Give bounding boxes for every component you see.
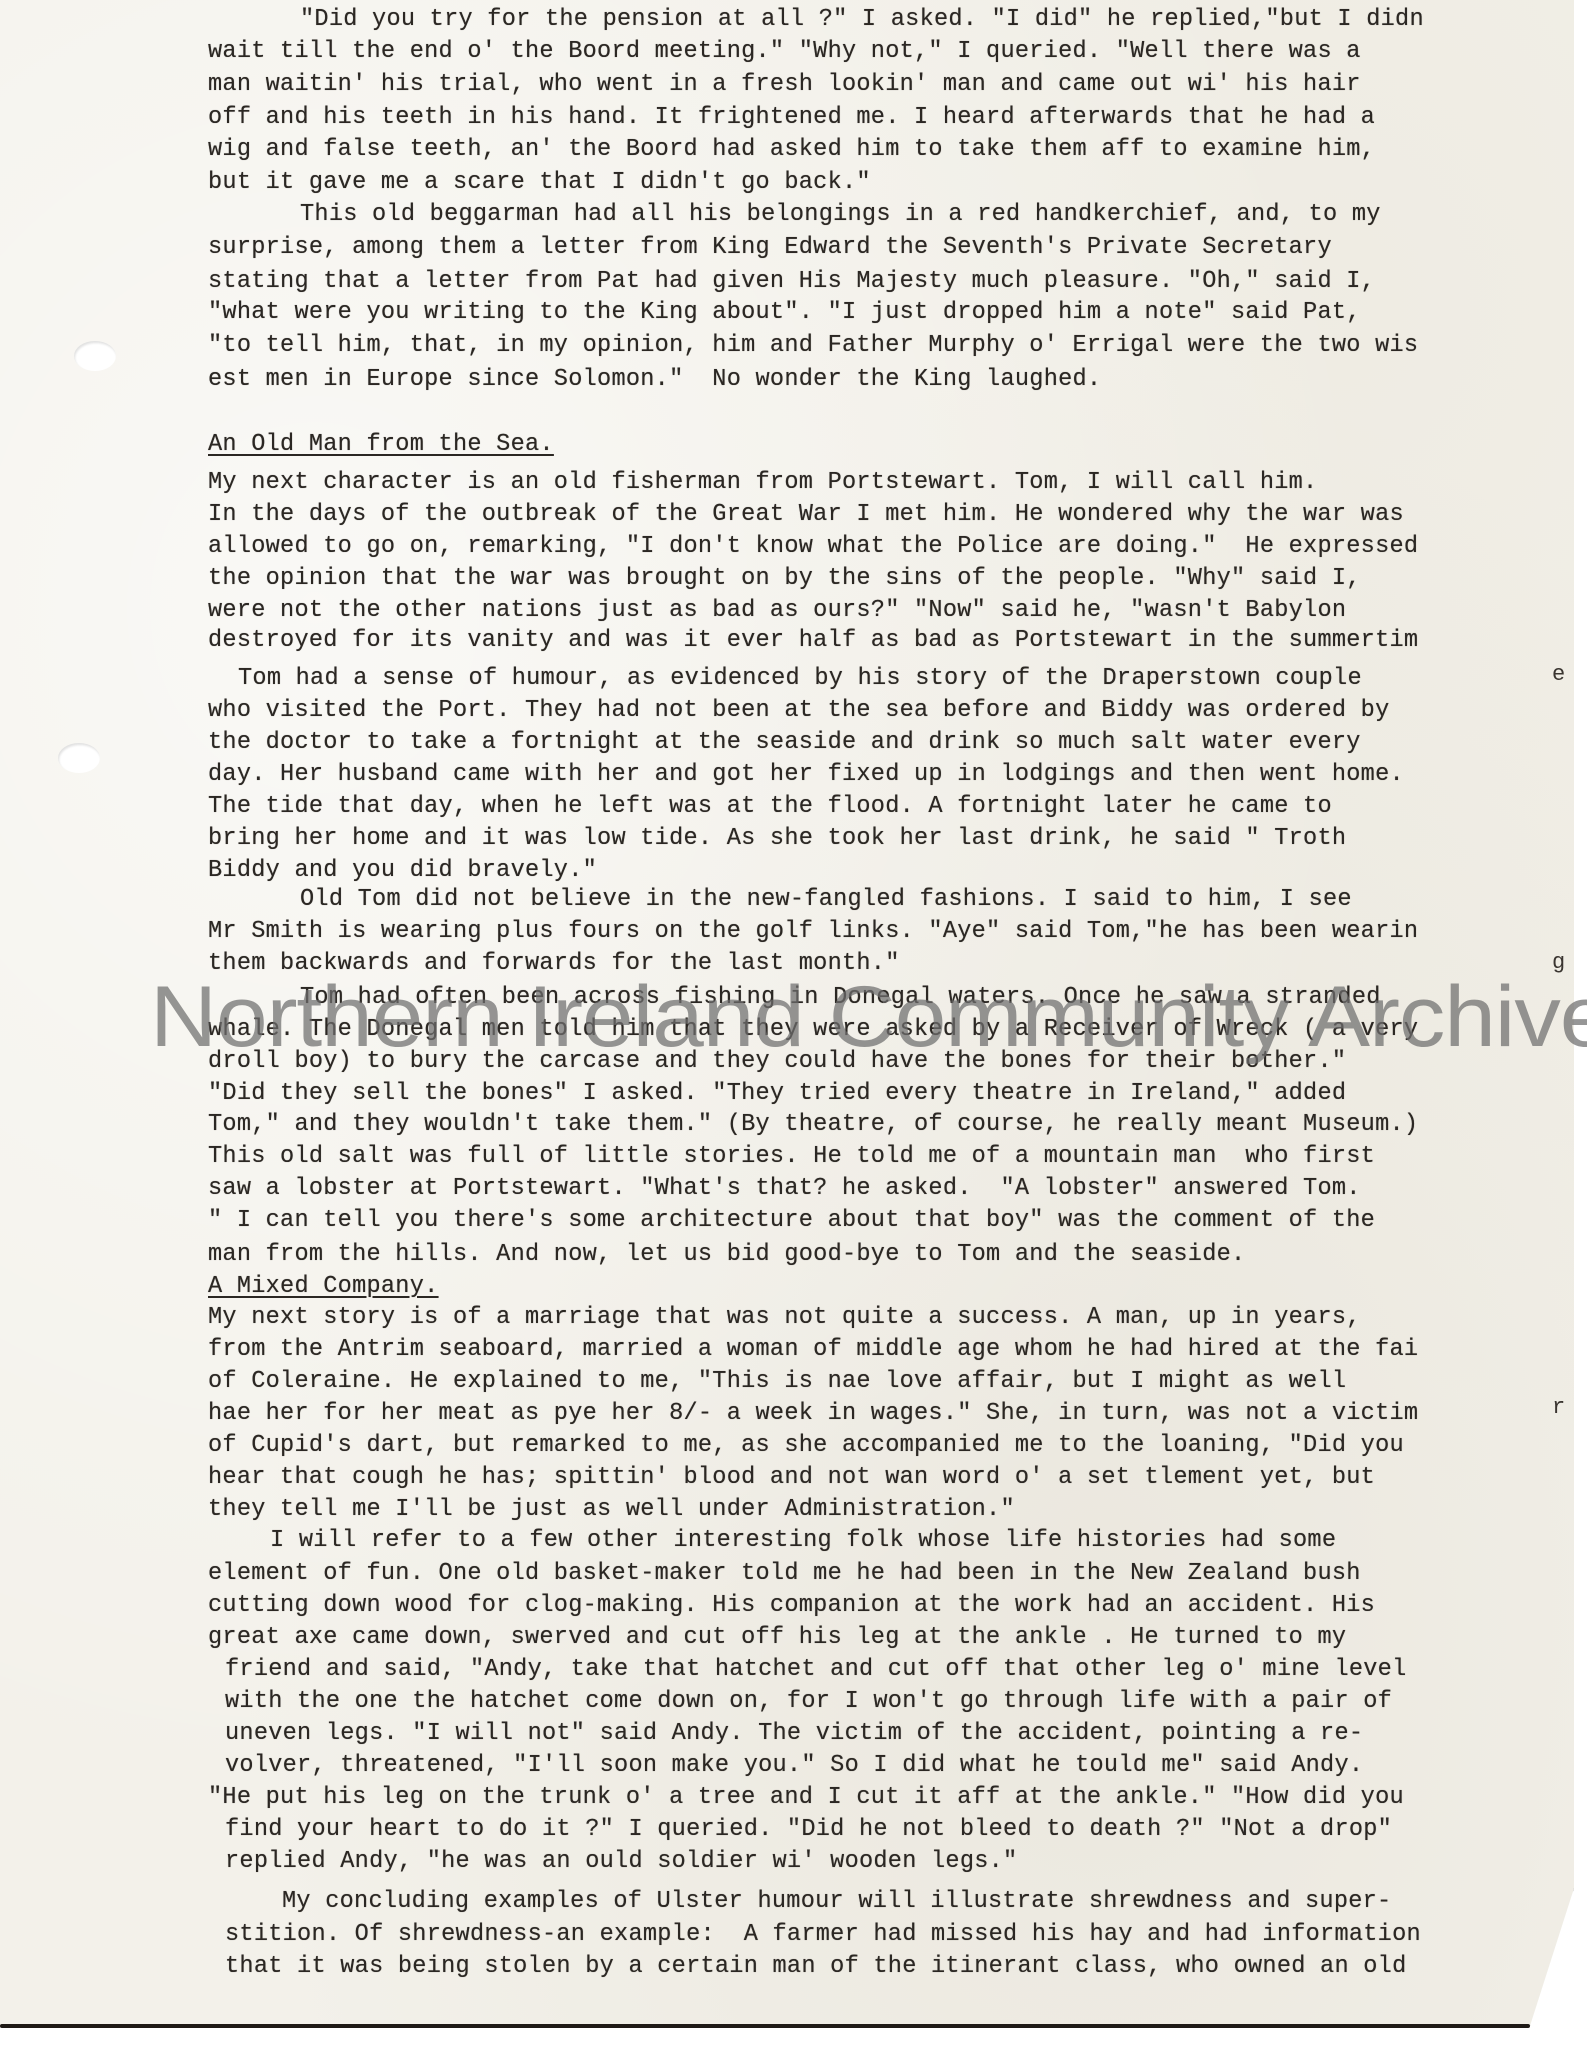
- text-line: wait till the end o' the Boord meeting."…: [208, 38, 1361, 66]
- archive-watermark: Northern Ireland Community Archive: [150, 972, 1587, 1062]
- margin-character: r: [1552, 1395, 1565, 1420]
- text-line: element of fun. One old basket-maker tol…: [208, 1560, 1361, 1588]
- text-line: I will refer to a few other interesting …: [270, 1527, 1336, 1555]
- text-line: with the one the hatchet come down on, f…: [225, 1688, 1392, 1716]
- text-line: off and his teeth in his hand. It fright…: [208, 104, 1375, 132]
- punch-hole-lower: [58, 743, 100, 773]
- text-line: stating that a letter from Pat had given…: [208, 268, 1375, 296]
- text-line: Tom," and they wouldn't take them." (By …: [208, 1111, 1418, 1139]
- text-line: the doctor to take a fortnight at the se…: [208, 729, 1361, 757]
- text-line: uneven legs. "I will not" said Andy. The…: [225, 1720, 1363, 1748]
- text-line: My next character is an old fisherman fr…: [208, 469, 1317, 497]
- text-line: This old beggarman had all his belonging…: [300, 201, 1381, 229]
- text-line: In the days of the outbreak of the Great…: [208, 501, 1404, 529]
- text-line: "what were you writing to the King about…: [208, 299, 1361, 327]
- text-line: hae her for her meat as pye her 8/- a we…: [208, 1400, 1418, 1428]
- page-bottom-edge: [0, 2024, 1530, 2028]
- text-line: Mr Smith is wearing plus fours on the go…: [208, 918, 1418, 946]
- text-line: allowed to go on, remarking, "I don't kn…: [208, 533, 1418, 561]
- text-line: man waitin' his trial, who went in a fre…: [208, 71, 1361, 99]
- punch-hole-upper: [74, 341, 116, 371]
- text-line: day. Her husband came with her and got h…: [208, 761, 1404, 789]
- text-line: saw a lobster at Portstewart. "What's th…: [208, 1175, 1361, 1203]
- section-heading: A Mixed Company.: [208, 1273, 439, 1301]
- text-line: Tom had a sense of humour, as evidenced …: [238, 665, 1362, 693]
- text-line: volver, threatened, "I'll soon make you.…: [225, 1752, 1363, 1780]
- text-line: destroyed for its vanity and was it ever…: [208, 627, 1418, 655]
- text-line: bring her home and it was low tide. As s…: [208, 825, 1346, 853]
- text-line: that it was being stolen by a certain ma…: [225, 1953, 1407, 1981]
- text-line: The tide that day, when he left was at t…: [208, 793, 1332, 821]
- text-line: cutting down wood for clog-making. His c…: [208, 1592, 1375, 1620]
- text-line: " I can tell you there's some architectu…: [208, 1207, 1375, 1235]
- text-line: who visited the Port. They had not been …: [208, 697, 1390, 725]
- text-line: stition. Of shrewdness-an example: A far…: [225, 1921, 1421, 1949]
- text-line: from the Antrim seaboard, married a woma…: [208, 1336, 1418, 1364]
- text-line: they tell me I'll be just as well under …: [208, 1496, 1015, 1524]
- text-line: wig and false teeth, an' the Boord had a…: [208, 136, 1375, 164]
- margin-character: e: [1552, 662, 1565, 687]
- text-line: were not the other nations just as bad a…: [208, 597, 1346, 625]
- text-line: of Cupid's dart, but remarked to me, as …: [208, 1432, 1404, 1460]
- text-line: of Coleraine. He explained to me, "This …: [208, 1368, 1346, 1396]
- text-line: but it gave me a scare that I didn't go …: [208, 169, 871, 197]
- text-line: Biddy and you did bravely.": [208, 857, 597, 885]
- text-line: surprise, among them a letter from King …: [208, 234, 1332, 262]
- text-line: "to tell him, that, in my opinion, him a…: [208, 332, 1418, 360]
- text-line: replied Andy, "he was an ould soldier wi…: [225, 1848, 1017, 1876]
- text-line: My next story is of a marriage that was …: [208, 1304, 1361, 1332]
- text-line: friend and said, "Andy, take that hatche…: [225, 1656, 1407, 1684]
- text-line: great axe came down, swerved and cut off…: [208, 1624, 1346, 1652]
- text-line: man from the hills. And now, let us bid …: [208, 1241, 1245, 1269]
- text-line: "He put his leg on the trunk o' a tree a…: [208, 1784, 1404, 1812]
- text-line: This old salt was full of little stories…: [208, 1143, 1375, 1171]
- text-line: est men in Europe since Solomon." No won…: [208, 366, 1101, 394]
- text-line: Old Tom did not believe in the new-fangl…: [300, 886, 1352, 914]
- text-line: "Did you try for the pension at all ?" I…: [300, 6, 1424, 34]
- text-line: hear that cough he has; spittin' blood a…: [208, 1464, 1375, 1492]
- section-heading: An Old Man from the Sea.: [208, 431, 554, 459]
- text-line: "Did they sell the bones" I asked. "They…: [208, 1080, 1346, 1108]
- text-line: find your heart to do it ?" I queried. "…: [225, 1816, 1392, 1844]
- text-line: My concluding examples of Ulster humour …: [282, 1888, 1391, 1916]
- text-line: the opinion that the war was brought on …: [208, 565, 1361, 593]
